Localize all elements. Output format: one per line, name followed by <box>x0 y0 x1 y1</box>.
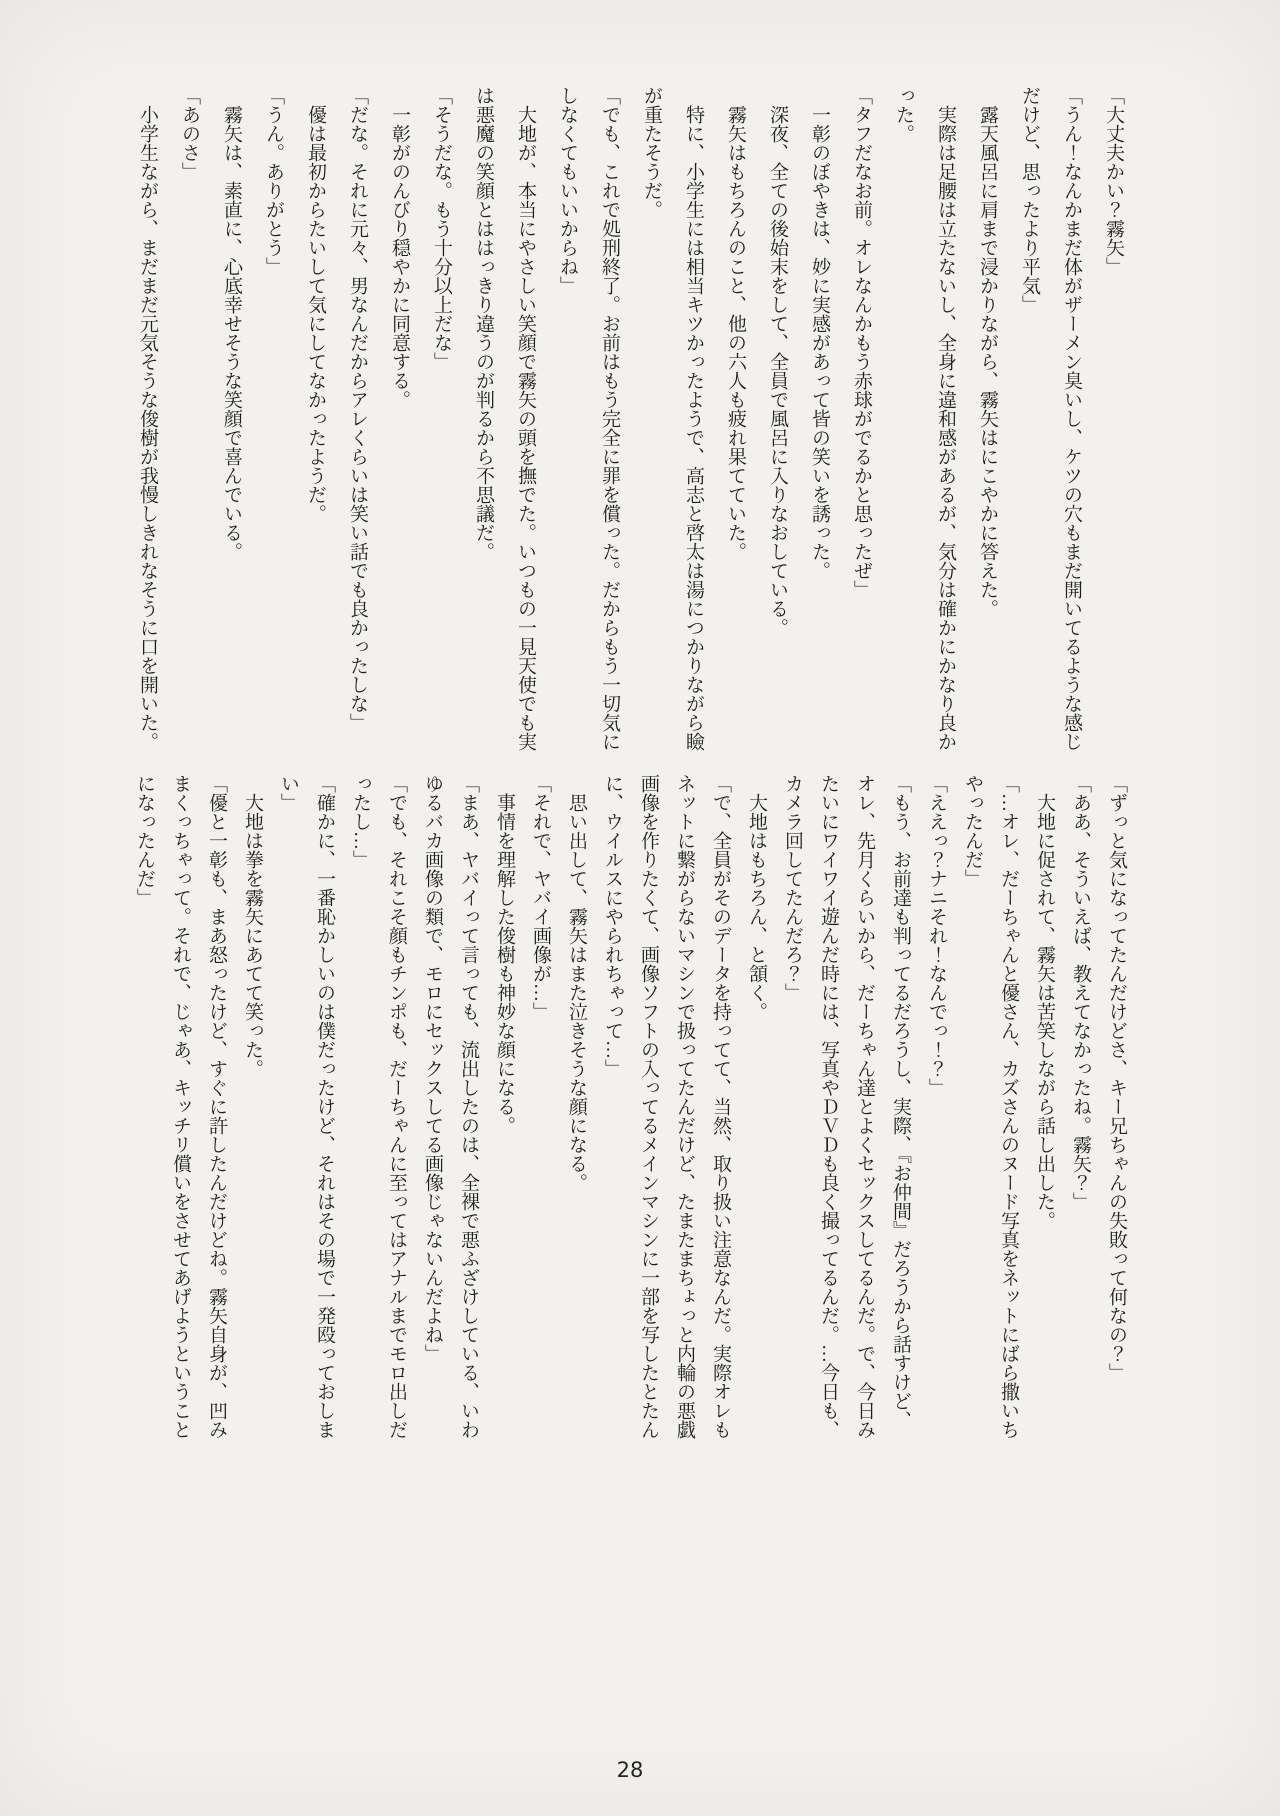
text-line: が重たそうだ。 <box>630 86 672 786</box>
text-line: 「…オレ、だーちゃんと優さん、カズさんのヌード写真をネットにばら撒いち <box>990 774 1026 1490</box>
text-line: やったんだ」 <box>954 774 990 1490</box>
text-line: ゆるバカ画像の類で、モロにセックスしてる画像じゃないんだよね」 <box>414 774 450 1490</box>
text-line: 「大丈夫かい？霧矢」 <box>1092 86 1134 786</box>
text-line: 画像を作りたくて、画像ソフトの入ってるメインマシンに一部を写したとたん <box>630 774 666 1490</box>
text-line: 「うん！なんかまだ体がザーメン臭いし、ケツの穴もまだ開いてるような感じ <box>1050 86 1092 786</box>
text-line: たいにワイワイ遊んだ時には、写真やＤＶＤも良く撮ってるんだ。…今日も、 <box>810 774 846 1490</box>
text-line: 一彰のぼやきは、妙に実感があって皆の笑いを誘った。 <box>798 86 840 786</box>
text-line: 「まあ、ヤバイって言っても、流出したのは、全裸で悪ふざけしている、いわ <box>450 774 486 1490</box>
text-line: 「でも、これで処刑終了。お前はもう完全に罪を償った。だからもう一切気に <box>588 86 630 786</box>
text-line: 霧矢は、素直に、心底幸せそうな笑顔で喜んでいる。 <box>210 86 252 786</box>
text-line: 「確かに、一番恥かしいのは僕だったけど、それはその場で一発殴っておしま <box>306 774 342 1490</box>
text-line: 「もう、お前達も判ってるだろうし、実際、『お仲間』だろうから話すけど、 <box>882 774 918 1490</box>
scanned-novel-page: 「大丈夫かい？霧矢」 「うん！なんかまだ体がザーメン臭いし、ケツの穴もまだ開いて… <box>0 0 1280 1816</box>
text-line: ネットに繋がらないマシンで扱ってたんだけど、たまたまちょっと内輪の悪戯 <box>666 774 702 1490</box>
text-line: 「ええっ？ナニそれ！なんでっ！？」 <box>918 774 954 1490</box>
text-block-upper: 「大丈夫かい？霧矢」 「うん！なんかまだ体がザーメン臭いし、ケツの穴もまだ開いて… <box>124 86 1134 786</box>
text-line: 「優と一彰も、まあ怒ったけど、すぐに許したんだけどね。霧矢自身が、凹み <box>198 774 234 1490</box>
text-line: 思い出して、霧矢はまた泣きそうな顔になる。 <box>558 774 594 1490</box>
text-line: 「で、全員がそのデータを持ってて、当然、取り扱い注意なんだ。実際オレも <box>702 774 738 1490</box>
text-line: 「そうだな。もう十分以上だな」 <box>420 86 462 786</box>
text-line: 大地が、本当にやさしい笑顔で霧矢の頭を撫でた。いつもの一見天使でも実 <box>504 86 546 786</box>
text-line: 「ああ、そういえば、教えてなかったね。霧矢？」 <box>1062 774 1098 1490</box>
text-line: まくっちゃって。それで、じゃあ、キッチリ償いをさせてあげようということ <box>162 774 198 1490</box>
text-line: 事情を理解した俊樹も神妙な顔になる。 <box>486 774 522 1490</box>
text-line: 大地は拳を霧矢にあてて笑った。 <box>234 774 270 1490</box>
text-line: 大地はもちろん、と頷く。 <box>738 774 774 1490</box>
text-line: に、ウイルスにやられちゃって…」 <box>594 774 630 1490</box>
text-line: 深夜、全ての後始末をして、全員で風呂に入りなおしている。 <box>756 86 798 786</box>
text-block-lower: 「ずっと気になってたんだけどさ、キー兄ちゃんの失敗って何なの？」 「ああ、そうい… <box>124 774 1134 1490</box>
text-line: 「だな。それに元々、男なんだからアレくらいは笑い話でも良かったしな」 <box>336 86 378 786</box>
text-line: になったんだ」 <box>126 774 162 1490</box>
text-line: 大地に促されて、霧矢は苦笑しながら話し出した。 <box>1026 774 1062 1490</box>
text-line: 「うん。ありがとう」 <box>252 86 294 786</box>
text-line: 一彰がのんびり穏やかに同意する。 <box>378 86 420 786</box>
text-line: ったし…」 <box>342 774 378 1490</box>
text-line: しなくてもいいからね」 <box>546 86 588 786</box>
text-line: 「それで、ヤバイ画像が…」 <box>522 774 558 1490</box>
text-line: い」 <box>270 774 306 1490</box>
text-line: 特に、小学生には相当キツかったようで、高志と啓太は湯につかりながら瞼 <box>672 86 714 786</box>
text-line: 「でも、それこそ顔もチンポも、だーちゃんに至ってはアナルまでモロ出しだ <box>378 774 414 1490</box>
text-line: 小学生ながら、まだまだ元気そうな俊樹が我慢しきれなそうに口を開いた。 <box>126 86 168 786</box>
text-line: 霧矢はもちろんのこと、他の六人も疲れ果てていた。 <box>714 86 756 786</box>
text-line: 「タフだなお前。オレなんかもう赤球がでるかと思ったぜ」 <box>840 86 882 786</box>
text-line: カメラ回してたんだろ？」 <box>774 774 810 1490</box>
text-line: 実際は足腰は立たないし、全身に違和感があるが、気分は確かにかなり良か <box>924 86 966 786</box>
text-line: った。 <box>882 86 924 786</box>
text-line: は悪魔の笑顔とははっきり違うのが判るから不思議だ。 <box>462 86 504 786</box>
text-line: 露天風呂に肩まで浸かりながら、霧矢はにこやかに答えた。 <box>966 86 1008 786</box>
text-line: だけど、思ったより平気」 <box>1008 86 1050 786</box>
text-line: 優は最初からたいして気にしてなかったようだ。 <box>294 86 336 786</box>
page-number: 28 <box>0 1758 1260 1782</box>
text-line: オレ、先月くらいから、だーちゃん達とよくセックスしてるんだ。で、今日み <box>846 774 882 1490</box>
text-line: 「ずっと気になってたんだけどさ、キー兄ちゃんの失敗って何なの？」 <box>1098 774 1134 1490</box>
text-line: 「あのさ」 <box>168 86 210 786</box>
